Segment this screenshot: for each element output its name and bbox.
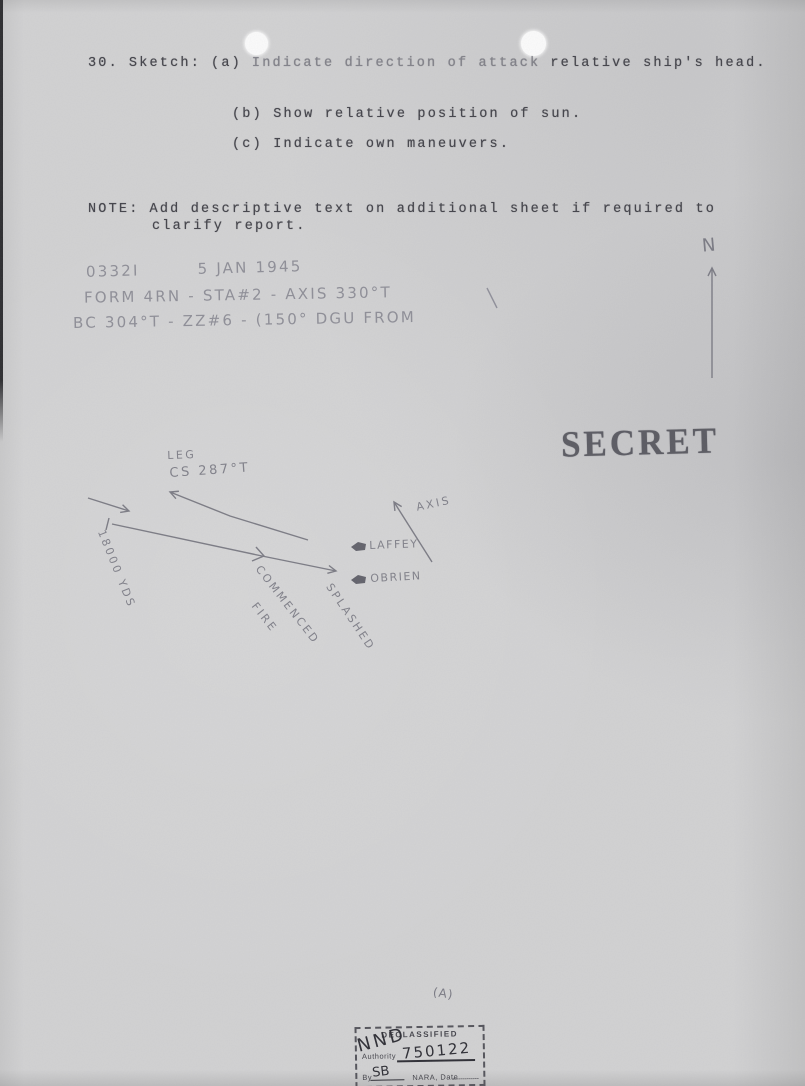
authority-label: Authority	[362, 1051, 396, 1061]
by-underline	[370, 1079, 404, 1081]
date-dotted-line	[452, 1078, 478, 1079]
stray-pencil-mark	[487, 288, 497, 308]
by-initials-handwritten: SB	[371, 1064, 390, 1081]
track-line	[112, 524, 336, 571]
leg-arrow-line	[170, 492, 308, 540]
leg-label: LEG	[167, 448, 197, 462]
ship-icon-obrien	[351, 575, 366, 584]
page-mark: (A)	[432, 985, 454, 1002]
nara-date-label: NARA, Date	[412, 1072, 458, 1082]
scanned-document-page: 30.Sketch:(a)Indicate direction of attac…	[0, 0, 805, 1086]
ship-icon-laffey	[351, 542, 366, 551]
declassified-stamp: DECLASSIFIED NND Authority 750122 By SB …	[354, 1025, 485, 1086]
approach-arrow-line	[88, 498, 129, 511]
ship-label-obrien: OBRIEN	[370, 569, 422, 585]
ship-label-laffey: LAFFEY	[369, 537, 419, 552]
